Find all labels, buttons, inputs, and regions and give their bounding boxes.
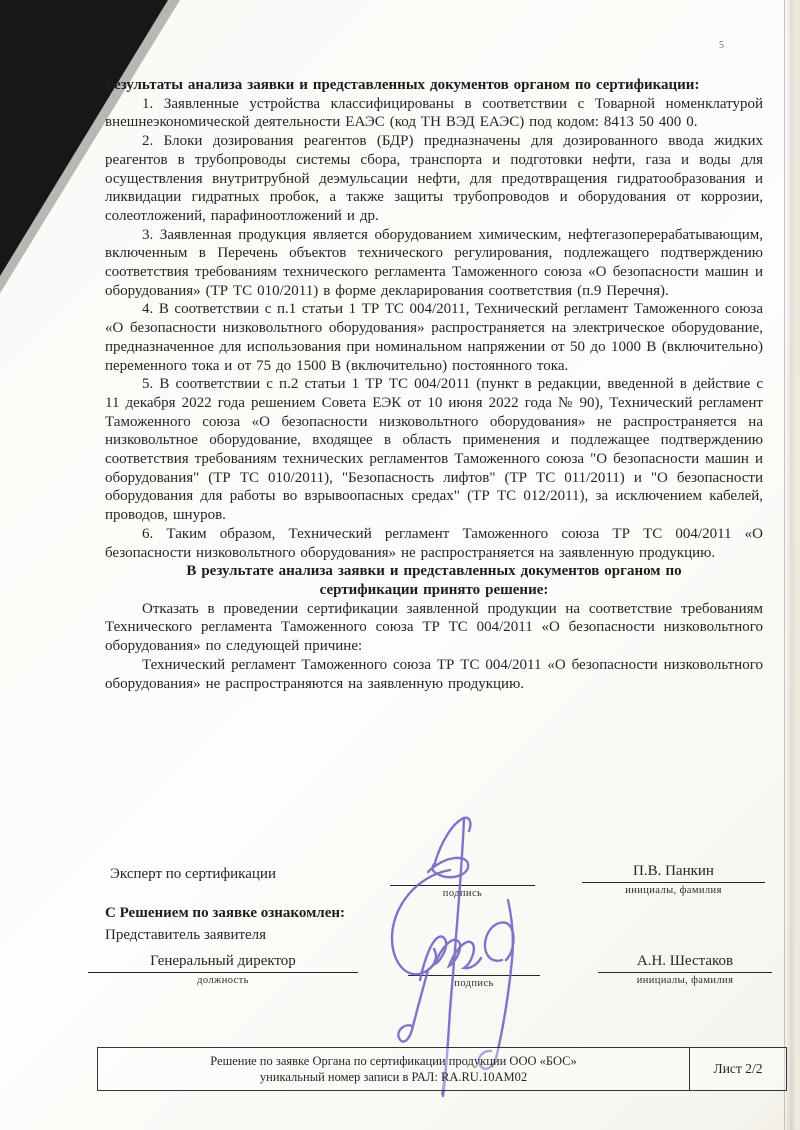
decision-heading: В результате анализа заявки и представле…	[105, 562, 763, 599]
page-number-mark: 5	[719, 40, 724, 51]
position-field: Генеральный директор должность	[88, 953, 358, 986]
paragraph-6: 6. Таким образом, Технический регламент …	[105, 525, 763, 562]
footer-org-line1: Решение по заявке Органа по сертификации…	[98, 1053, 689, 1069]
name-caption: инициалы, фамилия	[598, 975, 772, 986]
expert-name: П.В. Панкин	[582, 863, 765, 880]
representative-name: А.Н. Шестаков	[598, 953, 772, 970]
name-caption: инициалы, фамилия	[582, 885, 765, 896]
paragraph-2: 2. Блоки дозирования реагентов (БДР) пре…	[105, 132, 763, 226]
paragraph-3: 3. Заявленная продукция является оборудо…	[105, 226, 763, 301]
paragraph-5: 5. В соответствии с п.2 статьи 1 ТР ТС 0…	[105, 375, 763, 525]
footer-org-line2: уникальный номер записи в РАЛ: RA.RU.10А…	[98, 1069, 689, 1085]
name-line	[598, 972, 772, 973]
acknowledgement-heading: С Решением по заявке ознакомлен:	[105, 905, 345, 922]
results-heading: Результаты анализа заявки и представленн…	[105, 76, 763, 95]
signature-line	[408, 975, 540, 976]
paragraph-1: 1. Заявленные устройства классифицирован…	[105, 95, 763, 132]
position-caption: должность	[88, 975, 358, 986]
expert-role-label: Эксперт по сертификации	[110, 866, 276, 883]
signature-caption: подпись	[408, 978, 540, 989]
scanned-document-page: 5 Результаты анализа заявки и представле…	[0, 0, 800, 1130]
position-line	[88, 972, 358, 973]
page-edge-shadow	[784, 0, 800, 1130]
document-body: Результаты анализа заявки и представленн…	[105, 76, 763, 693]
signature-caption: подпись	[390, 888, 535, 899]
paragraph-4: 4. В соответствии с п.1 статьи 1 ТР ТС 0…	[105, 300, 763, 375]
footer-table: Решение по заявке Органа по сертификации…	[97, 1047, 787, 1091]
representative-name-field: А.Н. Шестаков инициалы, фамилия	[598, 953, 772, 986]
representative-signature-field: подпись	[408, 960, 540, 989]
signature-line	[390, 885, 535, 886]
decision-paragraph-1: Отказать в проведении сертификации заявл…	[105, 600, 763, 656]
position-value: Генеральный директор	[88, 953, 358, 970]
expert-name-field: П.В. Панкин инициалы, фамилия	[582, 863, 765, 896]
name-line	[582, 882, 765, 883]
decision-paragraph-2: Технический регламент Таможенного союза …	[105, 656, 763, 693]
expert-signature-field: подпись	[390, 870, 535, 899]
footer-sheet-cell: Лист 2/2	[690, 1048, 786, 1090]
applicant-representative-label: Представитель заявителя	[105, 927, 266, 944]
footer-org-cell: Решение по заявке Органа по сертификации…	[98, 1048, 690, 1090]
